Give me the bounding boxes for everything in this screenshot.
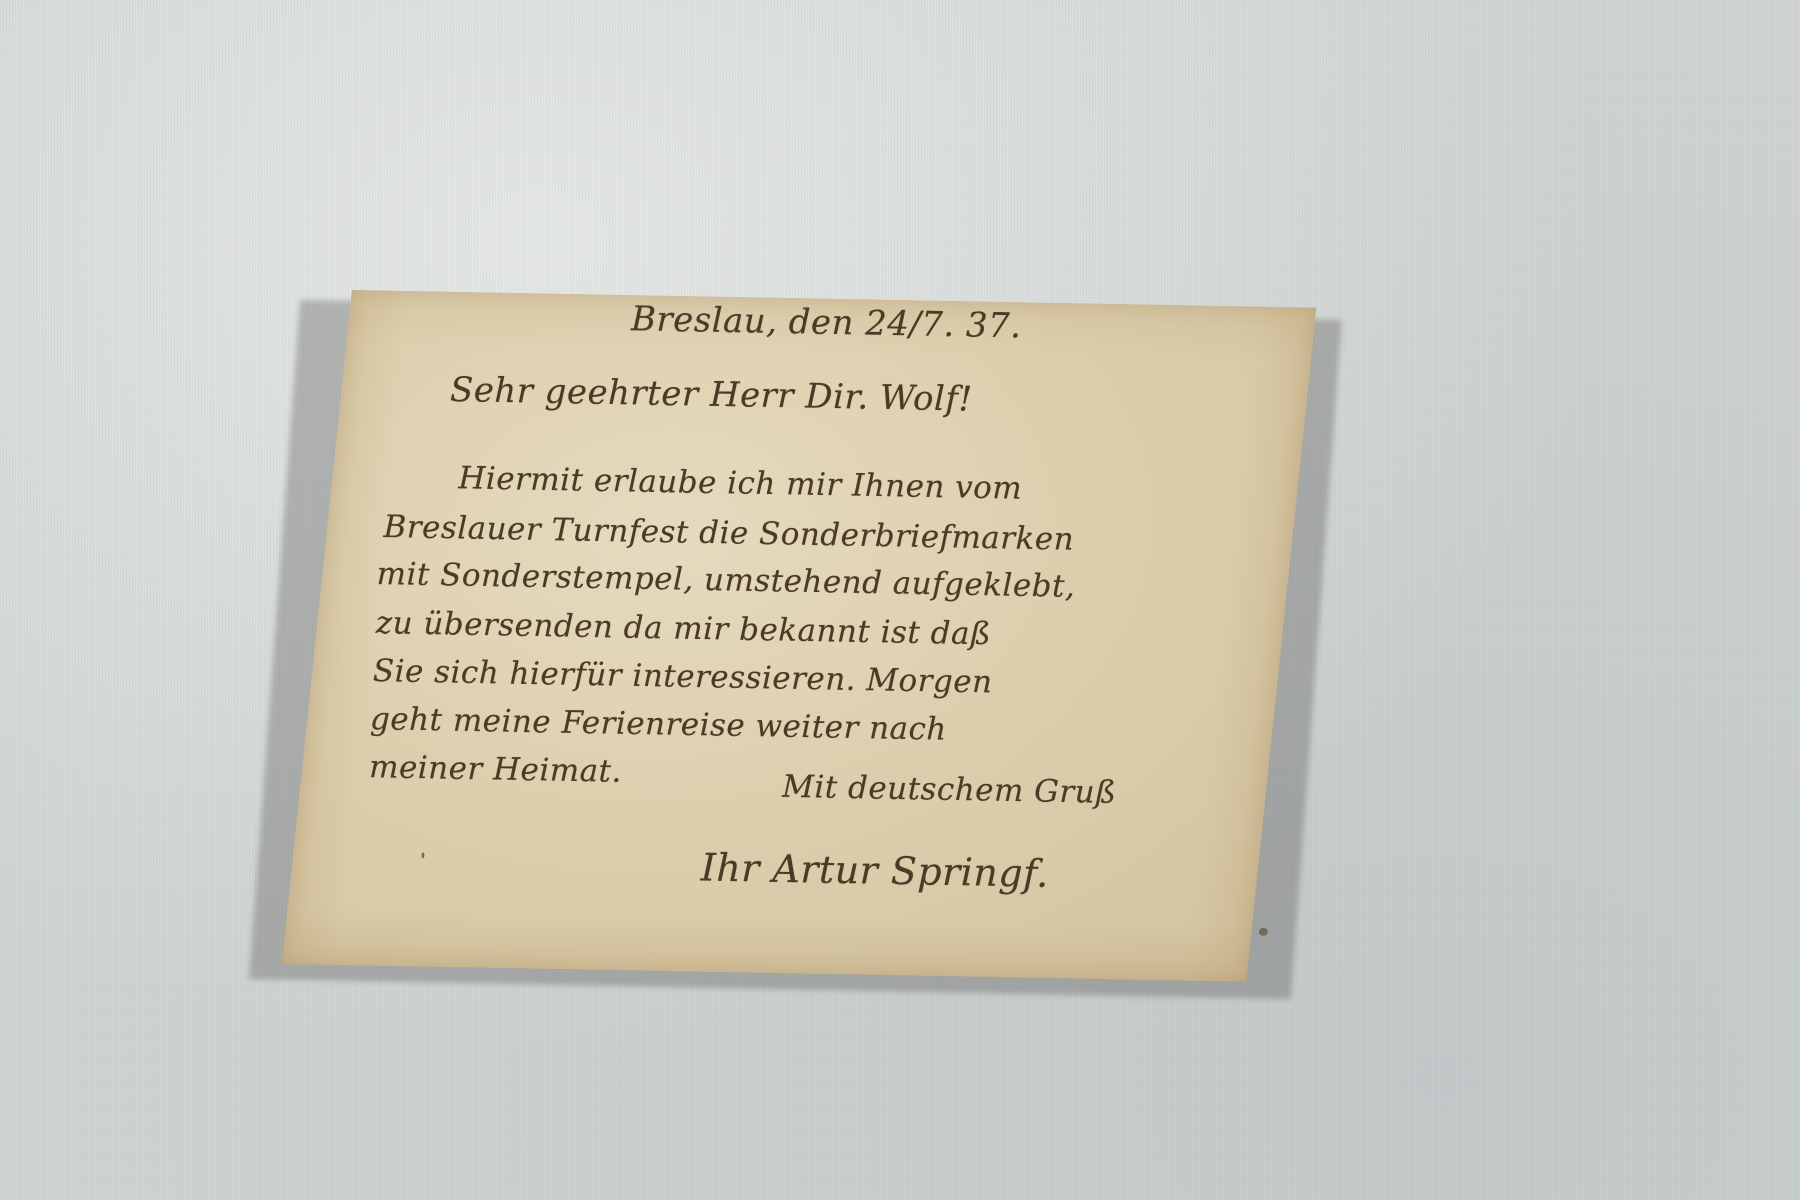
salutation: Sehr geehrter Herr Dir. Wolf! (450, 370, 973, 420)
signature: Ihr Artur Springf. (700, 845, 1049, 895)
paper-speck (421, 852, 424, 858)
closing: Mit deutschem Gruß (782, 769, 1117, 811)
body-line: Breslauer Turnfest die Sonderbriefmarken (383, 509, 1074, 558)
body-line: mit Sonderstempel, umstehend aufgeklebt, (376, 556, 1075, 605)
handwritten-letter: Breslau, den 24/7. 37. Sehr geehrter Her… (340, 290, 1317, 983)
body-line: zu übersenden da mir bekannt ist daß (375, 605, 991, 652)
ink-blot (1259, 928, 1268, 936)
body-line: Hiermit erlaube ich mir Ihnen vom (458, 460, 1022, 506)
postcard: Breslau, den 24/7. 37. Sehr geehrter Her… (282, 290, 1316, 982)
body-line: meiner Heimat. (369, 749, 622, 790)
body-line: geht meine Ferienreise weiter nach (370, 701, 947, 748)
body-line: Sie sich hierfür interessieren. Morgen (373, 653, 993, 700)
dateline: Breslau, den 24/7. 37. (631, 299, 1022, 346)
